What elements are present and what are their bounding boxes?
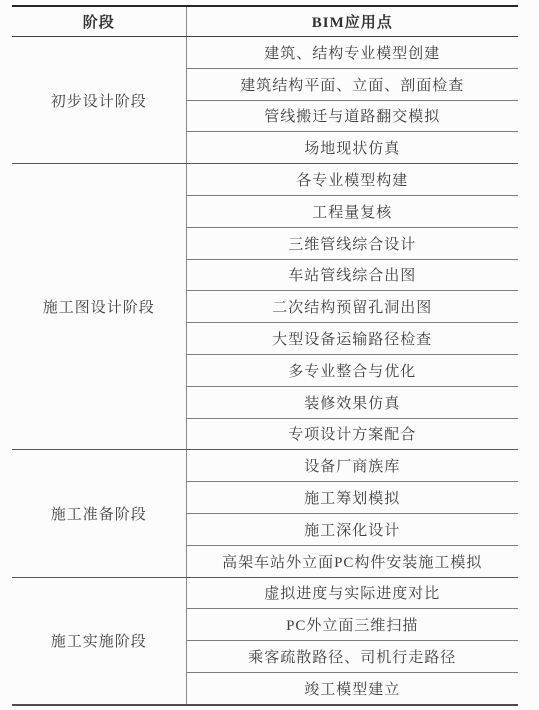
bim-item-cell: 竣工模型建立: [186, 672, 518, 704]
bim-item-cell: PC外立面三维扫描: [186, 609, 518, 641]
stage-column-header: 阶段: [12, 6, 186, 37]
bim-item-cell: 三维管线综合设计: [186, 227, 518, 259]
table-header: 阶段 BIM应用点: [12, 6, 518, 37]
bim-item-cell: 车站管线综合出图: [186, 259, 518, 291]
bim-item-cell: 虚拟进度与实际进度对比: [186, 577, 518, 609]
bim-column-header: BIM应用点: [186, 6, 518, 37]
header-row: 阶段 BIM应用点: [12, 6, 518, 37]
table-row: 施工准备阶段设备厂商族库: [12, 450, 518, 482]
bim-item-cell: 场地现状仿真: [186, 132, 518, 164]
bim-item-cell: 施工深化设计: [186, 513, 518, 545]
stage-cell: 初步设计阶段: [12, 37, 186, 164]
stage-cell: 施工准备阶段: [12, 450, 186, 577]
bim-item-cell: 多专业整合与优化: [186, 354, 518, 386]
bim-item-cell: 大型设备运输路径检查: [186, 323, 518, 355]
table-row: 初步设计阶段建筑、结构专业模型创建: [12, 37, 518, 69]
bim-item-cell: 设备厂商族库: [186, 450, 518, 482]
bim-item-cell: 施工筹划模拟: [186, 482, 518, 514]
stage-cell: 施工图设计阶段: [12, 164, 186, 450]
table-row: 施工图设计阶段各专业模型构建: [12, 164, 518, 196]
bim-item-cell: 高架车站外立面PC构件安装施工模拟: [186, 545, 518, 577]
stage-cell: 施工实施阶段: [12, 577, 186, 705]
bim-application-table: 阶段 BIM应用点 初步设计阶段建筑、结构专业模型创建建筑结构平面、立面、剖面检…: [12, 5, 518, 706]
bim-item-cell: 建筑结构平面、立面、剖面检查: [186, 68, 518, 100]
bim-item-cell: 装修效果仿真: [186, 386, 518, 418]
table-row: 施工实施阶段虚拟进度与实际进度对比: [12, 577, 518, 609]
bim-item-cell: 工程量复核: [186, 195, 518, 227]
bim-item-cell: 管线搬迁与道路翻交模拟: [186, 100, 518, 132]
bim-item-cell: 二次结构预留孔洞出图: [186, 291, 518, 323]
table-body: 初步设计阶段建筑、结构专业模型创建建筑结构平面、立面、剖面检查管线搬迁与道路翻交…: [12, 37, 518, 705]
bim-item-cell: 乘客疏散路径、司机行走路径: [186, 641, 518, 673]
scanned-table-page: 阶段 BIM应用点 初步设计阶段建筑、结构专业模型创建建筑结构平面、立面、剖面检…: [0, 0, 539, 710]
bim-item-cell: 建筑、结构专业模型创建: [186, 37, 518, 69]
bim-item-cell: 专项设计方案配合: [186, 418, 518, 450]
bim-item-cell: 各专业模型构建: [186, 164, 518, 196]
